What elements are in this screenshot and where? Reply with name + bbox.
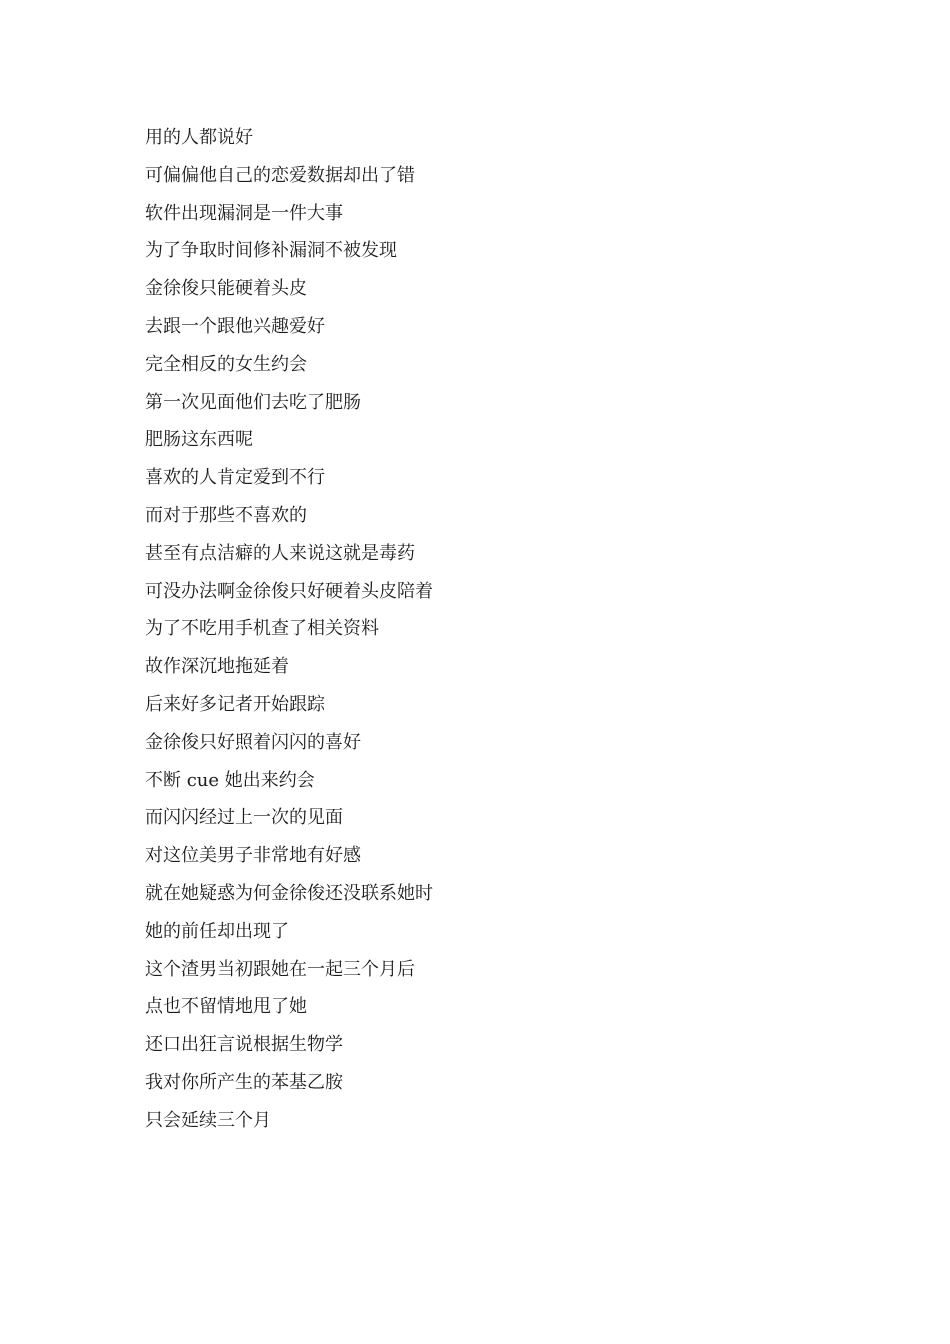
text-line: 故作深沉地拖延着 <box>145 655 845 693</box>
text-line: 点也不留情地甩了她 <box>145 995 845 1033</box>
text-line: 而闪闪经过上一次的见面 <box>145 806 845 844</box>
text-line: 金徐俊只能硬着头皮 <box>145 277 845 315</box>
document-text-block: 用的人都说好 可偏偏他自己的恋爱数据却出了错 软件出现漏洞是一件大事 为了争取时… <box>145 126 845 1147</box>
text-line: 不断 cue 她出来约会 <box>145 769 845 807</box>
text-line: 只会延续三个月 <box>145 1109 845 1147</box>
document-page: 用的人都说好 可偏偏他自己的恋爱数据却出了错 软件出现漏洞是一件大事 为了争取时… <box>0 0 950 1344</box>
text-line: 第一次见面他们去吃了肥肠 <box>145 391 845 429</box>
text-line: 可没办法啊金徐俊只好硬着头皮陪着 <box>145 580 845 618</box>
text-line: 还口出狂言说根据生物学 <box>145 1033 845 1071</box>
text-line: 去跟一个跟他兴趣爱好 <box>145 315 845 353</box>
text-line: 肥肠这东西呢 <box>145 428 845 466</box>
text-line: 可偏偏他自己的恋爱数据却出了错 <box>145 164 845 202</box>
text-line: 金徐俊只好照着闪闪的喜好 <box>145 731 845 769</box>
text-line: 甚至有点洁癖的人来说这就是毒药 <box>145 542 845 580</box>
text-line: 就在她疑惑为何金徐俊还没联系她时 <box>145 882 845 920</box>
text-line: 这个渣男当初跟她在一起三个月后 <box>145 958 845 996</box>
text-line: 后来好多记者开始跟踪 <box>145 693 845 731</box>
text-line: 完全相反的女生约会 <box>145 353 845 391</box>
text-line: 喜欢的人肯定爱到不行 <box>145 466 845 504</box>
text-line: 为了不吃用手机查了相关资料 <box>145 617 845 655</box>
text-line: 软件出现漏洞是一件大事 <box>145 202 845 240</box>
text-line: 她的前任却出现了 <box>145 920 845 958</box>
text-line: 我对你所产生的苯基乙胺 <box>145 1071 845 1109</box>
text-line: 用的人都说好 <box>145 126 845 164</box>
text-line: 为了争取时间修补漏洞不被发现 <box>145 239 845 277</box>
text-line: 而对于那些不喜欢的 <box>145 504 845 542</box>
text-line: 对这位美男子非常地有好感 <box>145 844 845 882</box>
